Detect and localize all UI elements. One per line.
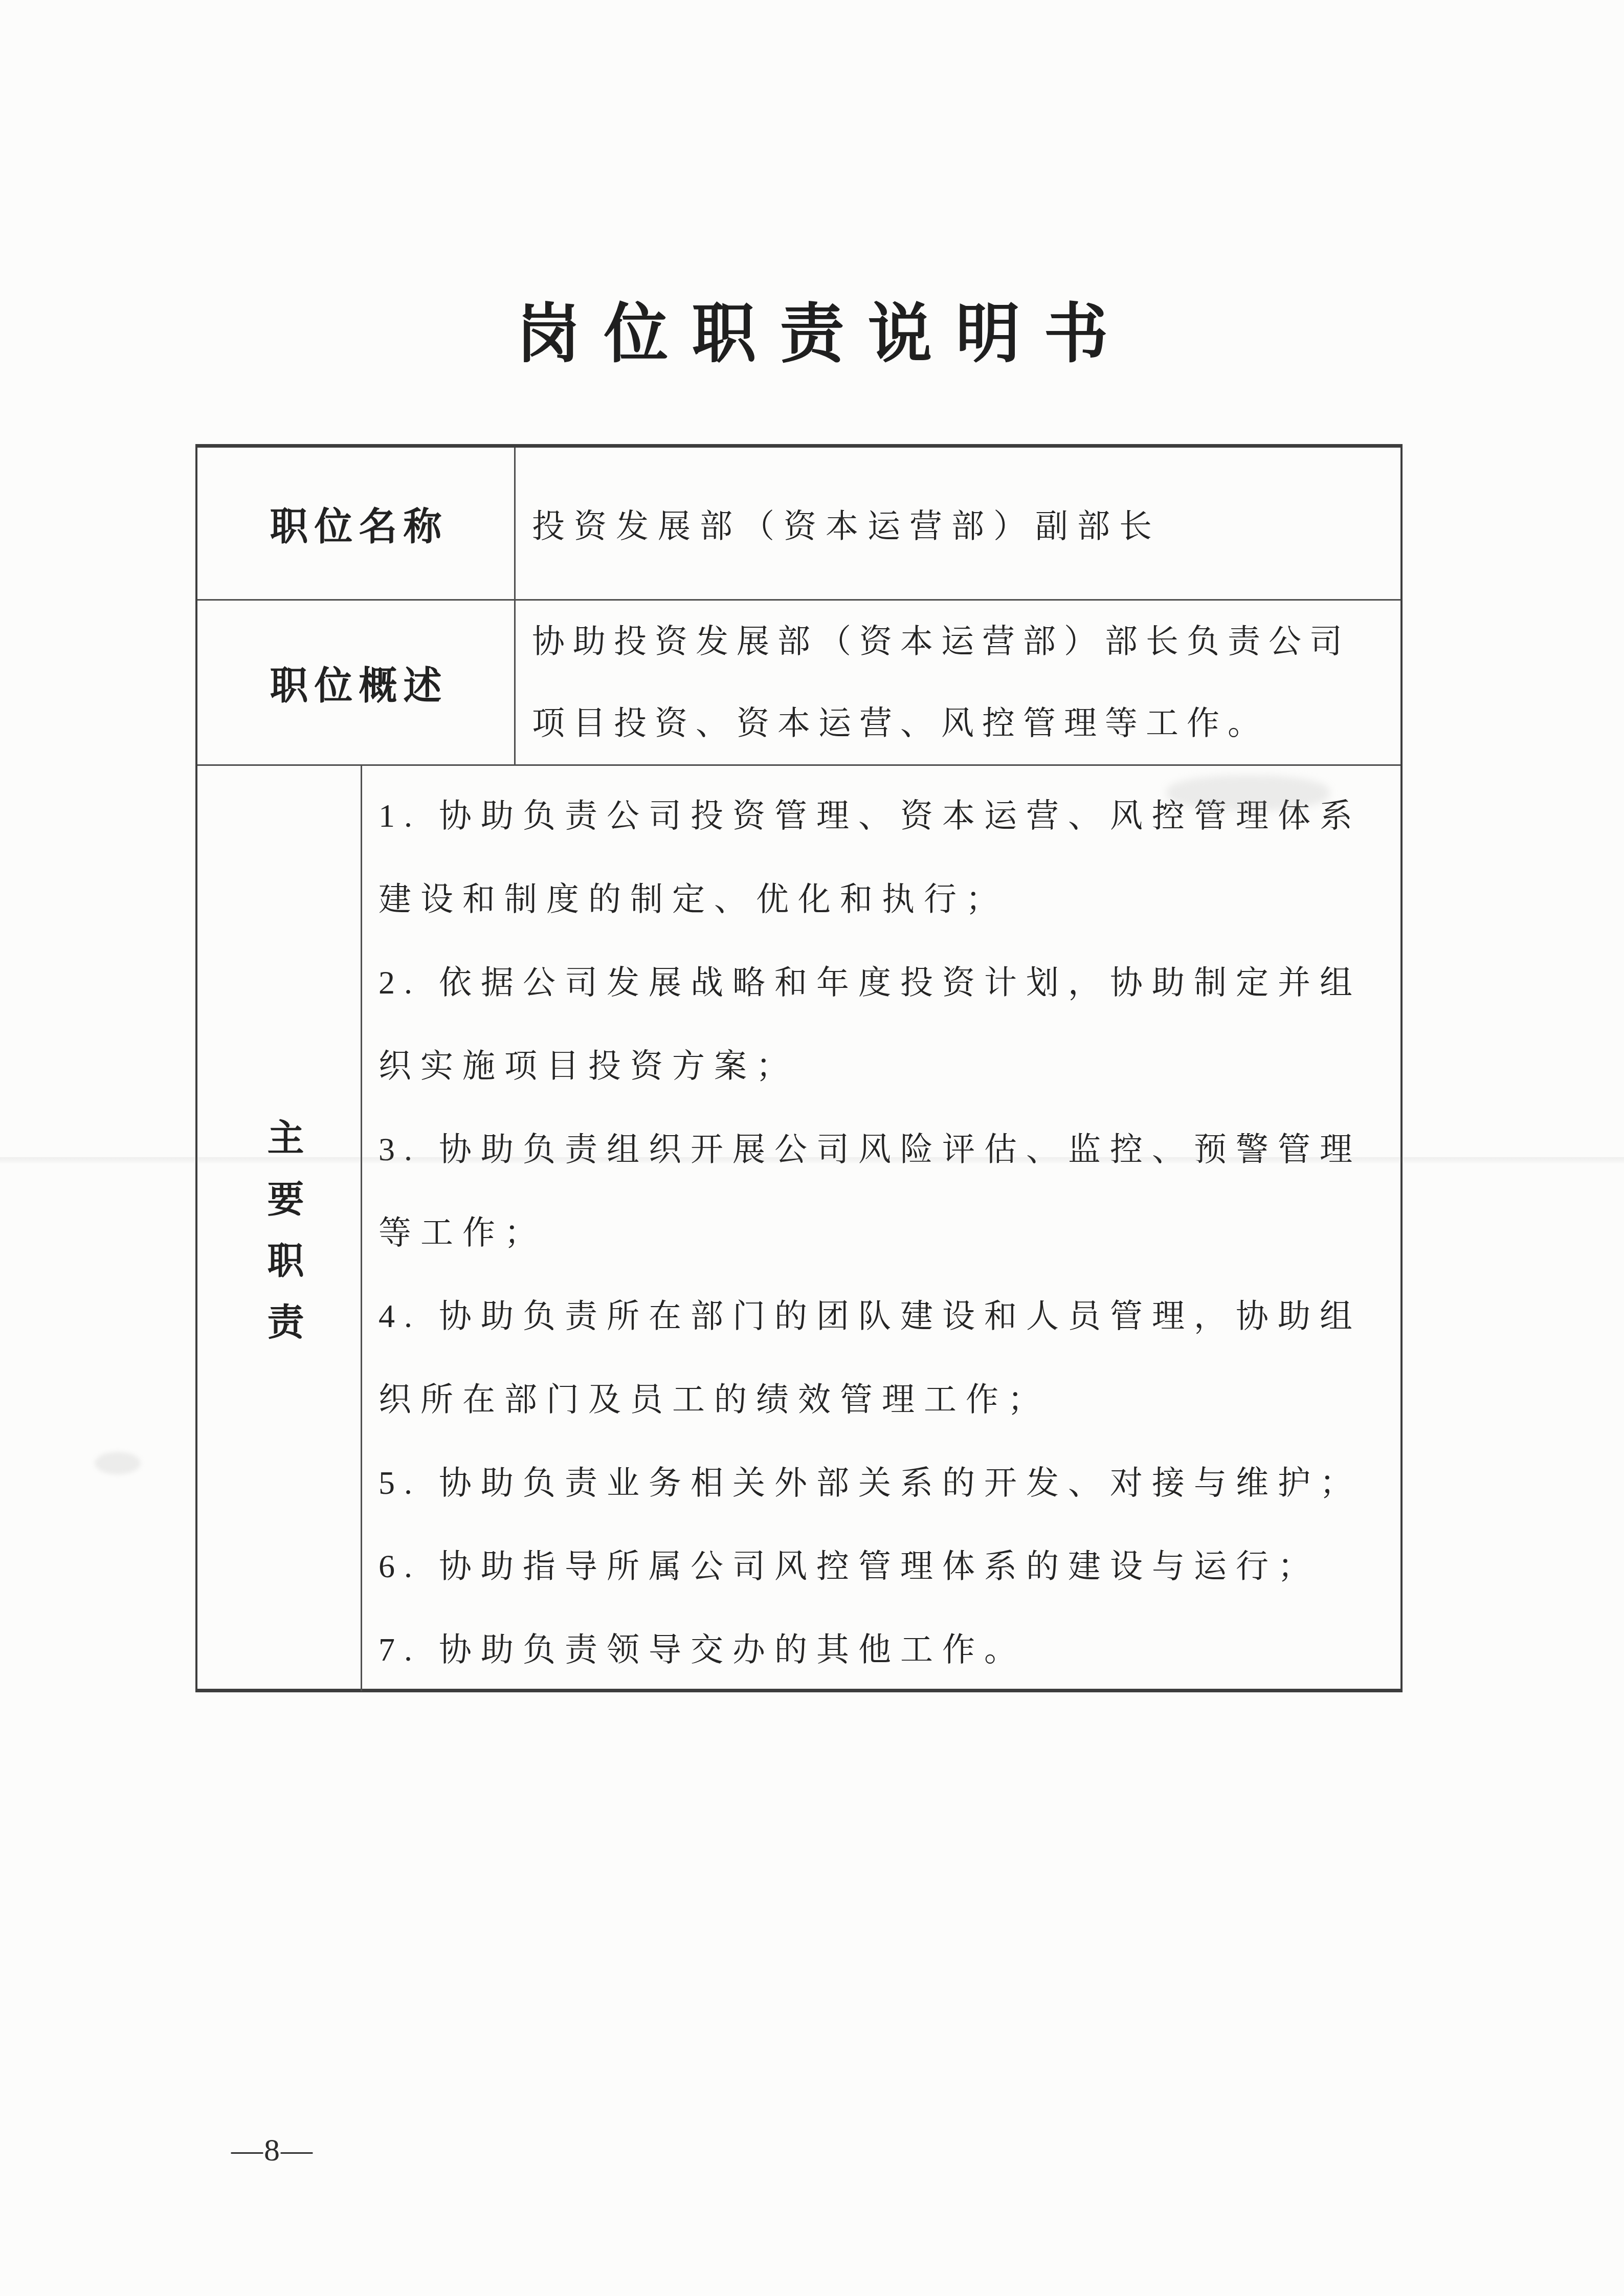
row-position-overview: 职位概述 协助投资发展部（资本运营部）部长负责公司 项目投资、资本运营、风控管理… <box>197 599 1400 764</box>
position-overview-label: 职位概述 <box>197 601 516 764</box>
duty-item: 6. 协助指导所属公司风控管理体系的建设与运行； <box>379 1525 1386 1608</box>
scan-smudge <box>95 1452 141 1474</box>
duty-item: 5. 协助负责业务相关外部关系的开发、对接与维护； <box>379 1441 1386 1525</box>
document-page: 岗位职责说明书 职位名称 投资发展部（资本运营部）副部长 职位概述 协助投资发展… <box>0 0 1624 2296</box>
job-description-table: 职位名称 投资发展部（资本运营部）副部长 职位概述 协助投资发展部（资本运营部）… <box>195 444 1403 1692</box>
position-name-value: 投资发展部（资本运营部）副部长 <box>516 448 1400 599</box>
position-overview-value: 协助投资发展部（资本运营部）部长负责公司 项目投资、资本运营、风控管理等工作。 <box>516 601 1400 764</box>
row-position-name: 职位名称 投资发展部（资本运营部）副部长 <box>197 448 1400 599</box>
main-duties-label: 主要职责 <box>264 1094 301 1364</box>
document-title: 岗位职责说明书 <box>0 282 1624 375</box>
duty-item: 2. 依据公司发展战略和年度投资计划，协助制定并组 织实施项目投资方案； <box>379 941 1386 1108</box>
duty-item: 7. 协助负责领导交办的其他工作。 <box>379 1608 1386 1691</box>
page-number: —8— <box>231 2132 314 2169</box>
row-main-duties: 主要职责 1. 协助负责公司投资管理、资本运营、风控管理体系 建设和制度的制定、… <box>197 764 1400 1691</box>
duty-item: 3. 协助负责组织开展公司风险评估、监控、预警管理 等工作； <box>379 1108 1386 1274</box>
position-name-label: 职位名称 <box>197 448 516 599</box>
duty-item: 1. 协助负责公司投资管理、资本运营、风控管理体系 建设和制度的制定、优化和执行… <box>379 774 1386 941</box>
main-duties-label-cell: 主要职责 <box>197 766 362 1691</box>
duty-item: 4. 协助负责所在部门的团队建设和人员管理，协助组 织所在部门及员工的绩效管理工… <box>379 1274 1386 1441</box>
main-duties-list: 1. 协助负责公司投资管理、资本运营、风控管理体系 建设和制度的制定、优化和执行… <box>362 766 1400 1691</box>
